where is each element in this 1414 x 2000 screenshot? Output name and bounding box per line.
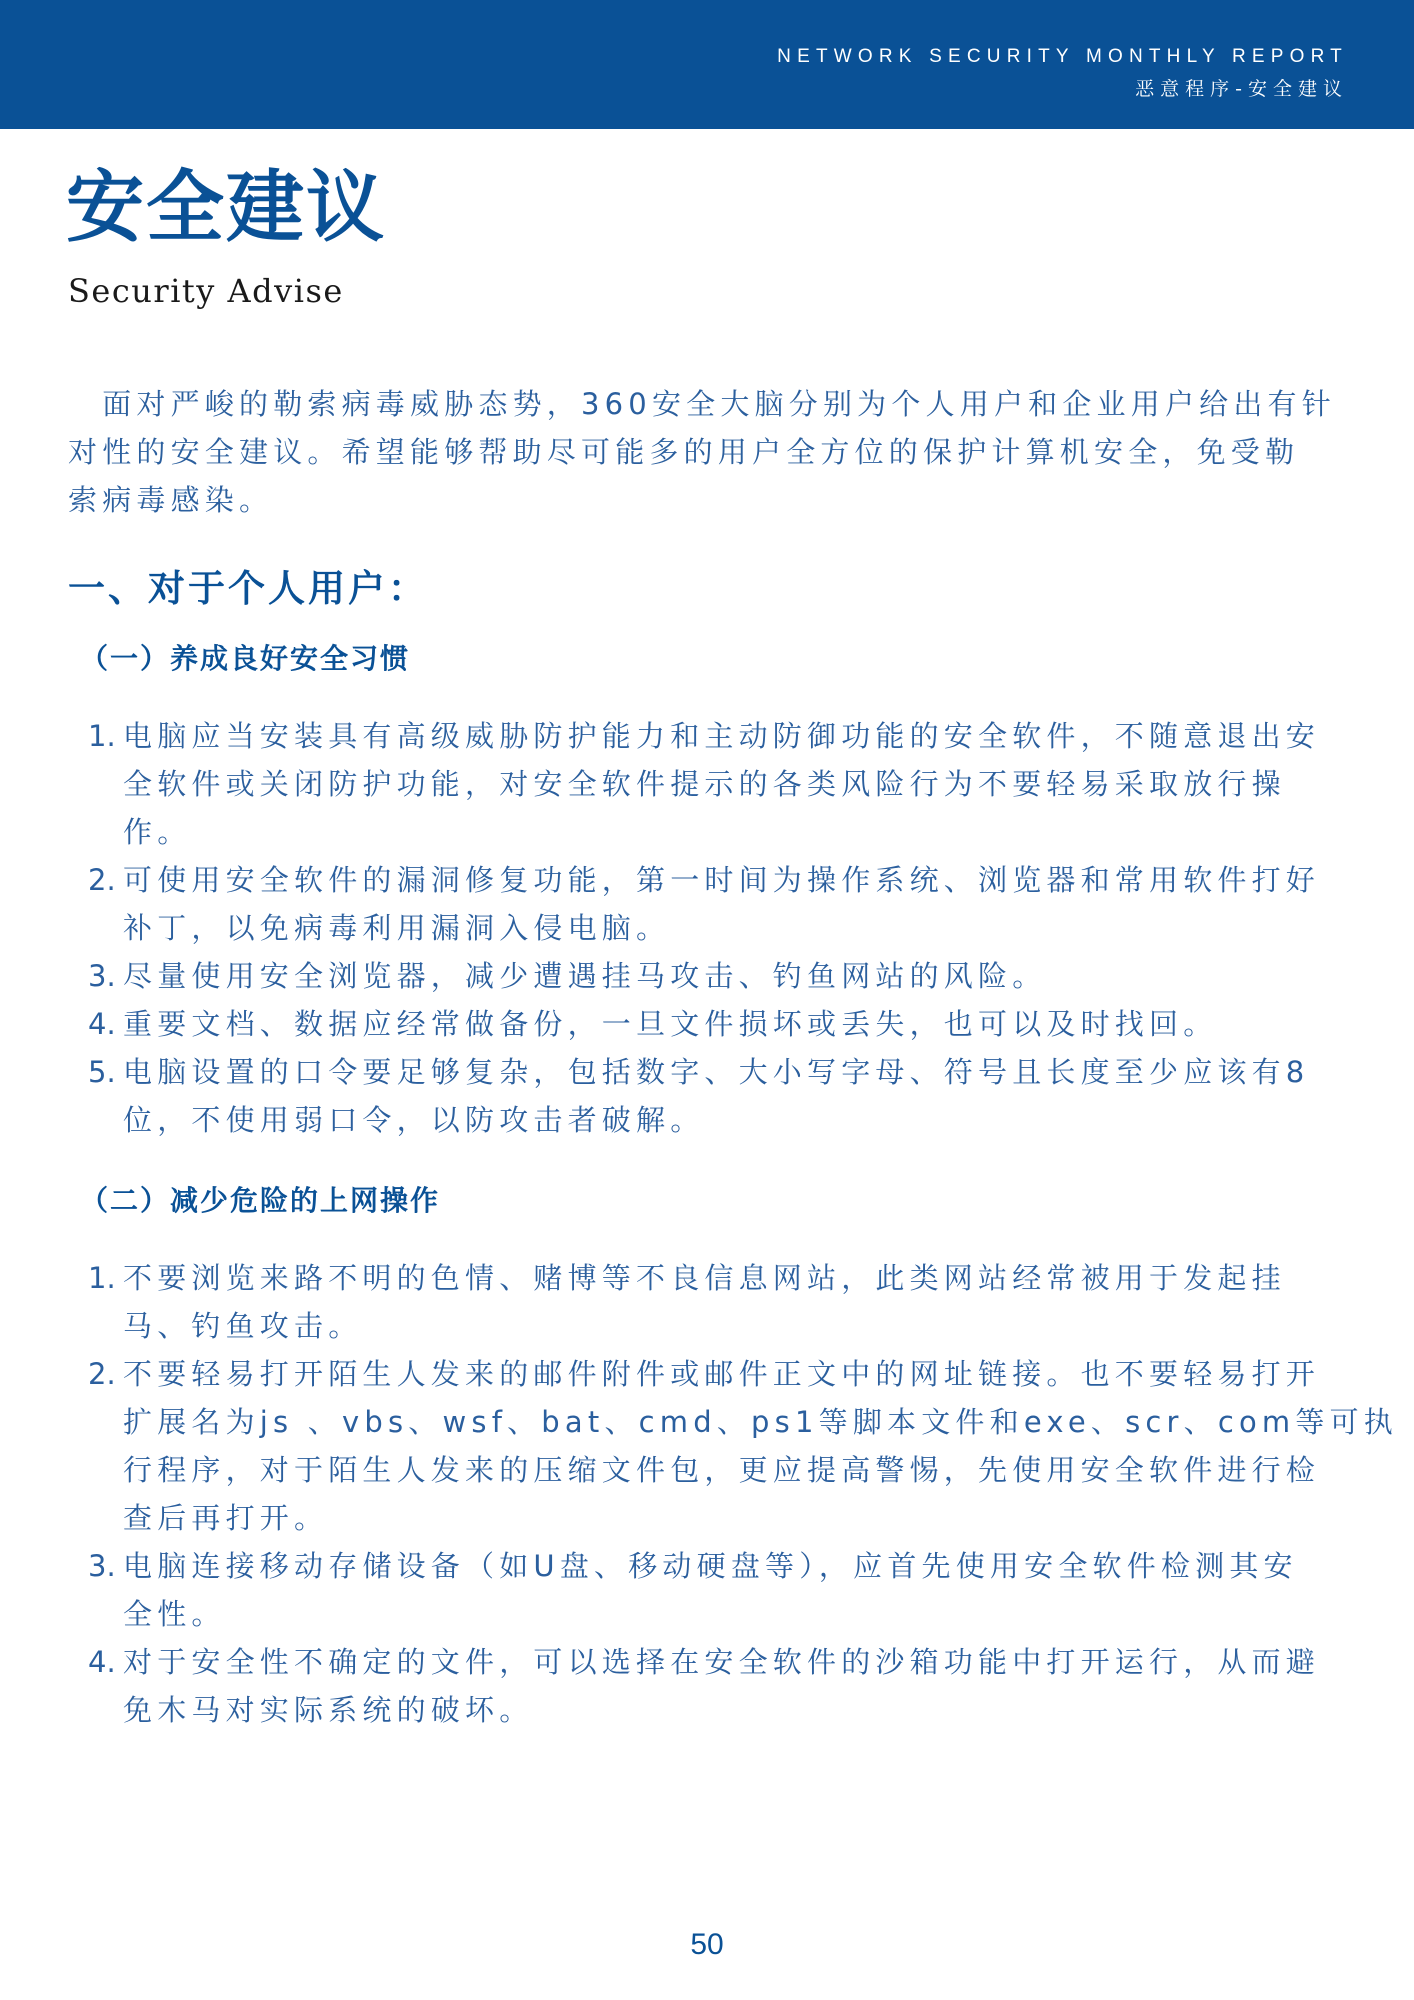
intro-paragraph: 面对严峻的勒索病毒威胁态势，360安全大脑分别为个人用户和企业用户给出有针 对性… xyxy=(68,380,1336,524)
list-item: 2. 可使用安全软件的漏洞修复功能，第一时间为操作系统、浏览器和常用软件打好 补… xyxy=(88,856,1320,952)
report-title-en: NETWORK SECURITY MONTHLY REPORT xyxy=(777,46,1348,68)
reduce-risky-ops-list: 1. 不要浏览来路不明的色情、赌博等不良信息网站，此类网站经常被用于发起挂 马、… xyxy=(88,1254,1398,1734)
section-heading-personal-users: 一、对于个人用户： xyxy=(68,558,428,612)
list-item: 2. 不要轻易打开陌生人发来的邮件附件或邮件正文中的网址链接。也不要轻易打开 扩… xyxy=(88,1350,1398,1542)
list-item-line: 重要文档、数据应经常做备份，一旦文件损坏或丢失，也可以及时找回。 xyxy=(123,1000,1320,1048)
page-subtitle: Security Advise xyxy=(68,272,344,310)
list-item: 3. 尽量使用安全浏览器，减少遭遇挂马攻击、钓鱼网站的风险。 xyxy=(88,952,1320,1000)
page-title: 安全建议 xyxy=(66,160,386,256)
list-item-line: 查后再打开。 xyxy=(123,1494,1398,1542)
intro-line: 索病毒感染。 xyxy=(68,476,1336,524)
list-item: 4. 重要文档、数据应经常做备份，一旦文件损坏或丢失，也可以及时找回。 xyxy=(88,1000,1320,1048)
list-item-number: 5. xyxy=(88,1048,123,1096)
list-item-line: 不要轻易打开陌生人发来的邮件附件或邮件正文中的网址链接。也不要轻易打开 xyxy=(123,1350,1398,1398)
list-item-line: 全性。 xyxy=(123,1590,1398,1638)
list-item: 5. 电脑设置的口令要足够复杂，包括数字、大小写字母、符号且长度至少应该有8 位… xyxy=(88,1048,1320,1144)
page-number: 50 xyxy=(0,1928,1414,1962)
list-item-line: 尽量使用安全浏览器，减少遭遇挂马攻击、钓鱼网站的风险。 xyxy=(123,952,1320,1000)
list-item-line: 扩展名为js 、vbs、wsf、bat、cmd、ps1等脚本文件和exe、scr… xyxy=(123,1398,1398,1446)
list-item-number: 3. xyxy=(88,952,123,1000)
list-item-line: 电脑设置的口令要足够复杂，包括数字、大小写字母、符号且长度至少应该有8 xyxy=(123,1048,1320,1096)
list-item-line: 作。 xyxy=(123,808,1320,856)
report-header-bar: NETWORK SECURITY MONTHLY REPORT 恶意程序-安全建… xyxy=(0,0,1414,129)
list-item-line: 可使用安全软件的漏洞修复功能，第一时间为操作系统、浏览器和常用软件打好 xyxy=(123,856,1320,904)
list-item-number: 4. xyxy=(88,1638,123,1686)
list-item: 3. 电脑连接移动存储设备（如U盘、移动硬盘等），应首先使用安全软件检测其安 全… xyxy=(88,1542,1398,1638)
list-item-line: 免木马对实际系统的破坏。 xyxy=(123,1686,1398,1734)
list-item: 4. 对于安全性不确定的文件，可以选择在安全软件的沙箱功能中打开运行，从而避 免… xyxy=(88,1638,1398,1734)
list-item-line: 补丁，以免病毒利用漏洞入侵电脑。 xyxy=(123,904,1320,952)
subsection-heading-reduce-risky-ops: （二）减少危险的上网操作 xyxy=(80,1179,440,1219)
list-item-number: 1. xyxy=(88,1254,123,1302)
report-section-cn: 恶意程序-安全建议 xyxy=(1135,74,1348,101)
list-item-line: 电脑连接移动存储设备（如U盘、移动硬盘等），应首先使用安全软件检测其安 xyxy=(123,1542,1398,1590)
list-item-line: 行程序，对于陌生人发来的压缩文件包，更应提高警惕，先使用安全软件进行检 xyxy=(123,1446,1398,1494)
list-item: 1. 不要浏览来路不明的色情、赌博等不良信息网站，此类网站经常被用于发起挂 马、… xyxy=(88,1254,1398,1350)
list-item-line: 马、钓鱼攻击。 xyxy=(123,1302,1398,1350)
list-item-number: 3. xyxy=(88,1542,123,1590)
list-item: 1. 电脑应当安装具有高级威胁防护能力和主动防御功能的安全软件，不随意退出安 全… xyxy=(88,712,1320,856)
list-item-number: 1. xyxy=(88,712,123,760)
list-item-line: 电脑应当安装具有高级威胁防护能力和主动防御功能的安全软件，不随意退出安 xyxy=(123,712,1320,760)
list-item-number: 2. xyxy=(88,1350,123,1398)
good-habits-list: 1. 电脑应当安装具有高级威胁防护能力和主动防御功能的安全软件，不随意退出安 全… xyxy=(88,712,1320,1144)
subsection-heading-good-habits: （一）养成良好安全习惯 xyxy=(80,637,410,677)
list-item-line: 对于安全性不确定的文件，可以选择在安全软件的沙箱功能中打开运行，从而避 xyxy=(123,1638,1398,1686)
list-item-number: 2. xyxy=(88,856,123,904)
list-item-line: 全软件或关闭防护功能，对安全软件提示的各类风险行为不要轻易采取放行操 xyxy=(123,760,1320,808)
list-item-number: 4. xyxy=(88,1000,123,1048)
intro-line: 对性的安全建议。希望能够帮助尽可能多的用户全方位的保护计算机安全，免受勒 xyxy=(68,428,1336,476)
list-item-line: 位，不使用弱口令，以防攻击者破解。 xyxy=(123,1096,1320,1144)
intro-line: 面对严峻的勒索病毒威胁态势，360安全大脑分别为个人用户和企业用户给出有针 xyxy=(68,380,1336,428)
list-item-line: 不要浏览来路不明的色情、赌博等不良信息网站，此类网站经常被用于发起挂 xyxy=(123,1254,1398,1302)
